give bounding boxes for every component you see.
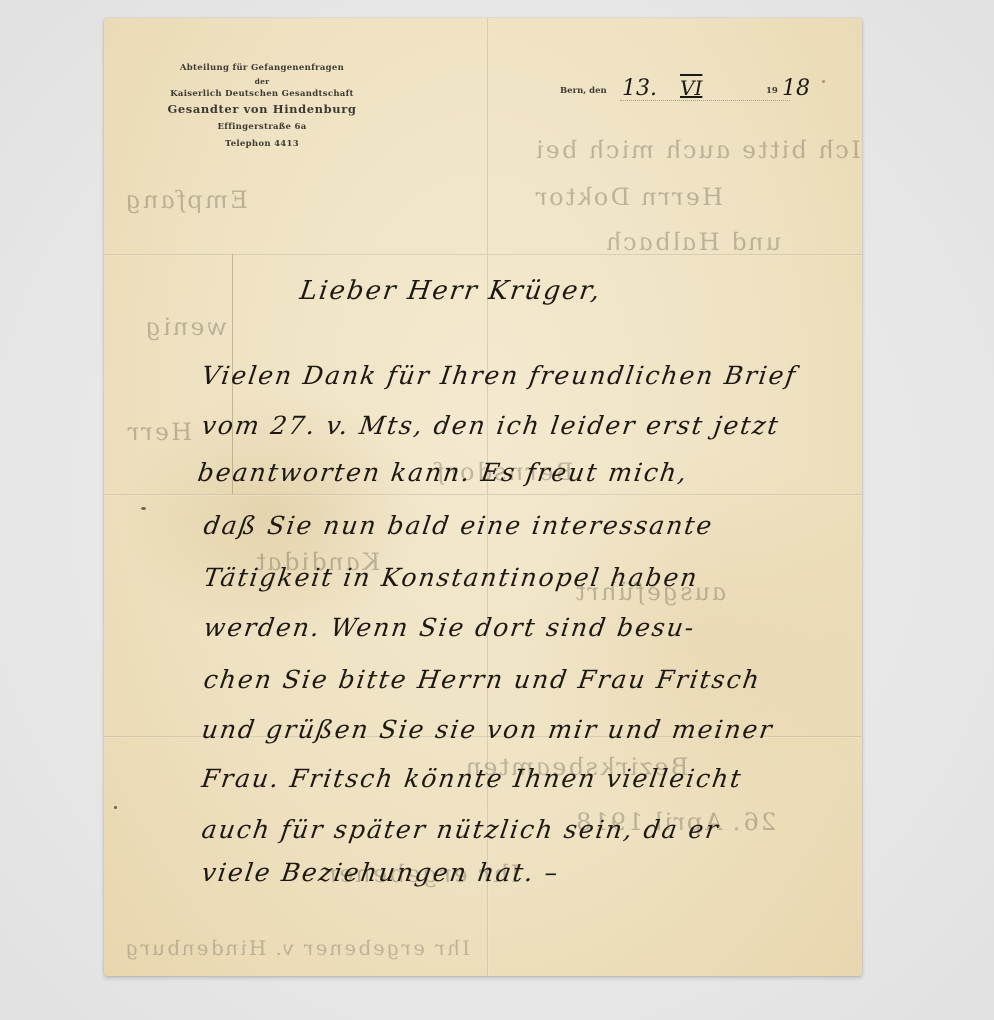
letter-line: chen Sie bitte Herrn und Frau Fritsch [202,665,763,694]
date-century: 19 [766,86,778,96]
letterhead: Abteilung für Gefangenenfragen der Kaise… [144,62,380,151]
letter-line: werden. Wenn Sie dort sind besu- [202,613,698,642]
letter-sheet: Ich bitte auch mich bei Herrn Doktor und… [104,18,862,976]
bleedthrough-text: wenig [142,313,230,341]
letterhead-der: der [144,75,380,88]
letter-line: beantworten kann. Es freut mich, [196,458,690,487]
letterhead-legation: Kaiserlich Deutschen Gesandtschaft [144,88,380,101]
letterhead-address: Effingerstraße 6a [144,121,380,134]
date-place: Bern, den [560,86,607,96]
date-day: 13. [622,76,657,101]
ink-spot [141,507,146,510]
letterhead-telephone: Telephon 4413 [144,138,380,151]
ink-spot [822,80,825,83]
letter-line: viele Beziehungen hat. – [200,858,561,887]
letter-line: vom 27. v. Mts, den ich leider erst jetz… [200,411,782,440]
letter-line: Tätigkeit in Konstantinopel haben [202,563,701,592]
date-month: VI [680,76,702,100]
bleedthrough-signature: Ihr ergebener v. Hindenburg [122,936,472,960]
horizontal-fold-line [104,494,862,496]
letterhead-department: Abteilung für Gefangenenfragen [144,62,380,75]
dateline: Bern, den 13. VI 19 18 [560,76,820,104]
bleedthrough-text: Empfang [122,186,251,214]
letterhead-envoy: Gesandter von Hindenburg [144,101,380,117]
letter-line: Frau. Fritsch könnte Ihnen vielleicht [200,764,744,793]
letter-line: Vielen Dank für Ihren freundlichen Brief [200,361,799,390]
bleedthrough-text: Herrn Doktor [532,183,726,211]
ink-spot [114,806,117,809]
letter-line: daß Sie nun bald eine interessante [202,511,715,540]
letter-line: auch für später nützlich sein, da er [200,815,722,844]
salutation: Lieber Herr Krüger, [298,276,604,306]
letter-line: und grüßen Sie sie von mir und meiner [200,715,776,744]
bleedthrough-text: Herr [124,418,195,446]
bleedthrough-text: und Halbach [602,228,784,256]
bleedthrough-text: Ich bitte auch mich bei [532,136,864,164]
date-year: 18 [782,76,810,101]
date-dotted-line [620,100,790,101]
